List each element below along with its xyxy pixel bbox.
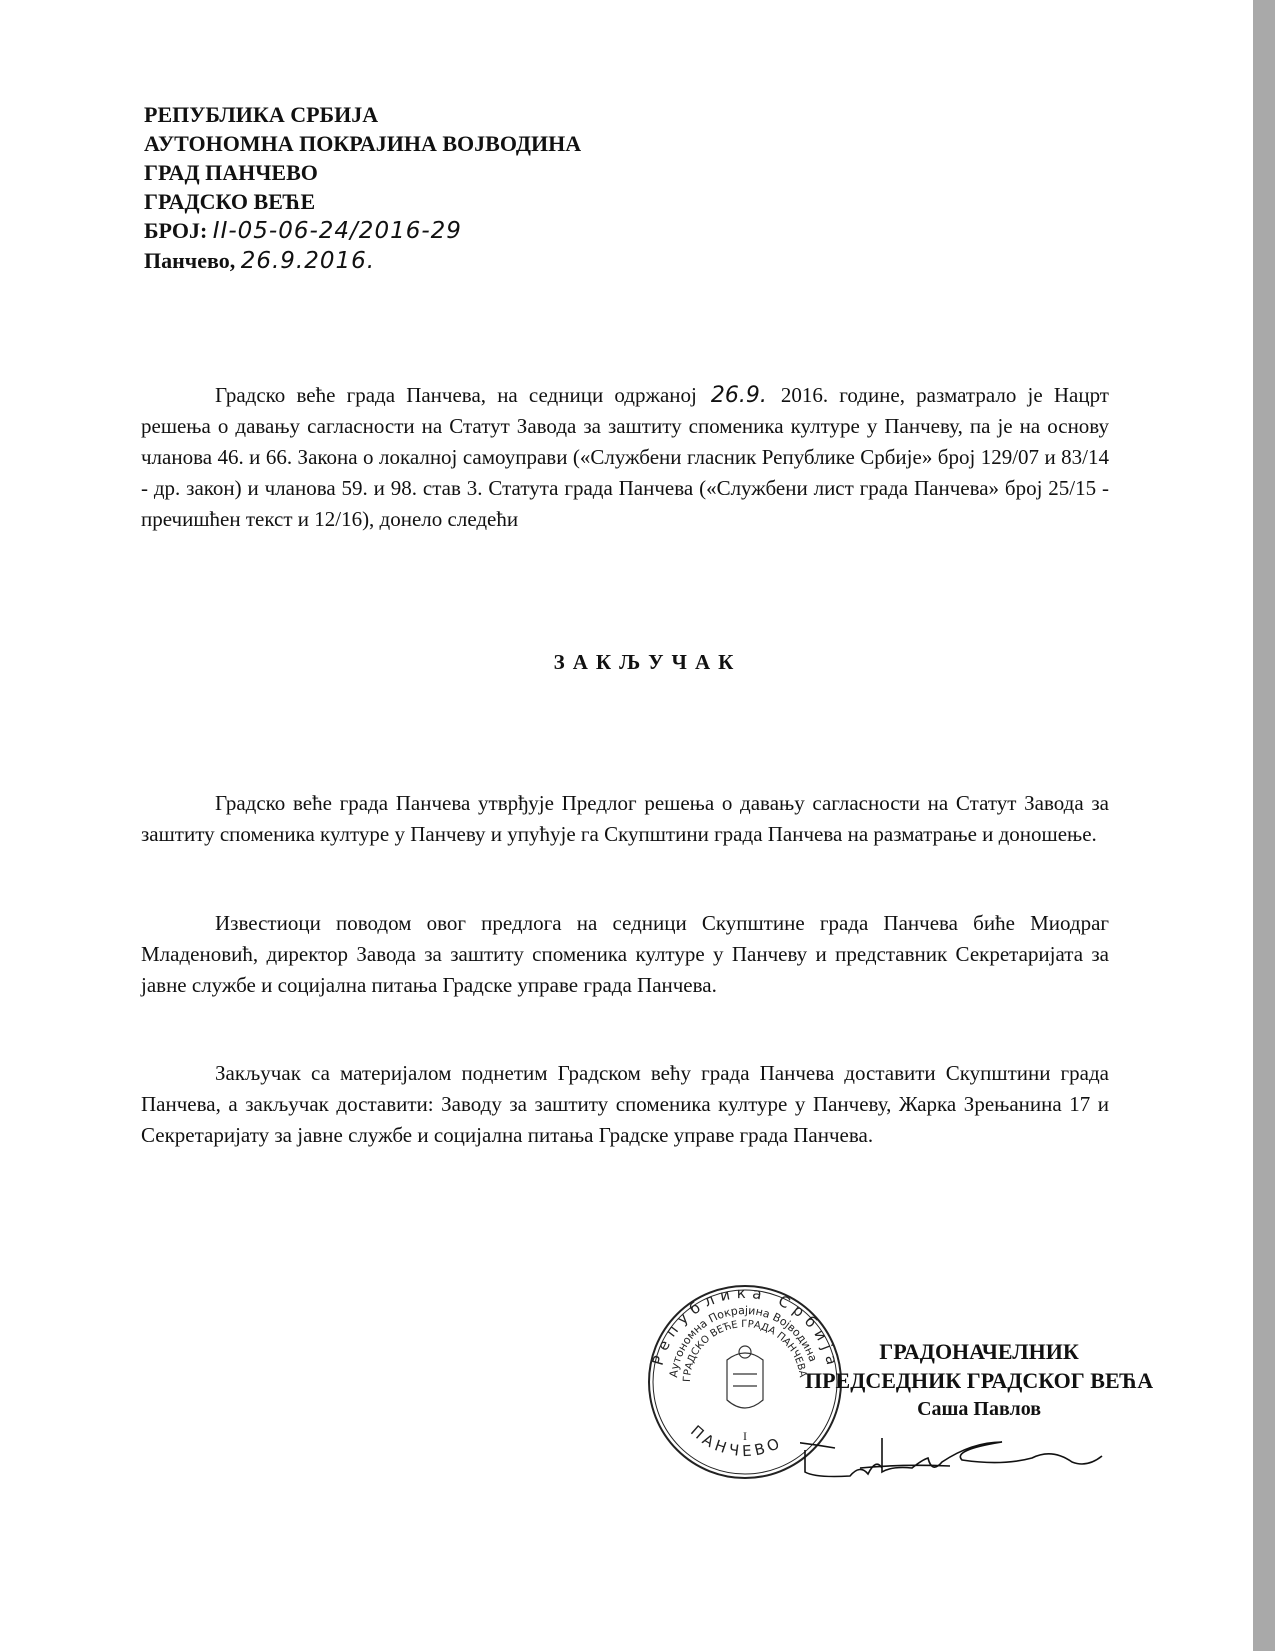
paragraph-2: Известиоци поводом овог предлога на седн… [141, 908, 1109, 1001]
handwritten-signature-icon [800, 1430, 1110, 1490]
header-council: ГРАДСКО ВЕЋЕ [144, 187, 581, 216]
document-header: РЕПУБЛИКА СРБИЈА АУТОНОМНА ПОКРАЈИНА ВОЈ… [144, 100, 581, 276]
header-republic: РЕПУБЛИКА СРБИЈА [144, 100, 581, 129]
signature-block: ГРАДОНАЧЕЛНИК ПРЕДСЕДНИК ГРАДСКОГ ВЕЋА С… [805, 1337, 1153, 1424]
place-label: Панчево, [144, 248, 235, 273]
header-number-row: БРОЈ: II-05-06-24/2016-29 [144, 216, 581, 246]
paragraph-1-text: Градско веће града Панчева утврђује Пред… [141, 791, 1109, 846]
paragraph-3: Закључак са материјалом поднетим Градско… [141, 1058, 1109, 1151]
svg-text:I: I [743, 1429, 747, 1443]
header-place-date-row: Панчево, 26.9.2016. [144, 246, 581, 276]
handwritten-session-date: 26.9. [697, 383, 781, 408]
number-label: БРОЈ: [144, 218, 207, 243]
scan-edge-strip [1253, 0, 1275, 1651]
signatory-title-president: ПРЕДСЕДНИК ГРАДСКОГ ВЕЋА [805, 1366, 1153, 1395]
paragraph-2-text: Известиоци поводом овог предлога на седн… [141, 911, 1109, 997]
paragraph-3-text: Закључак са материјалом поднетим Градско… [141, 1061, 1109, 1147]
signatory-name: Саша Павлов [805, 1395, 1153, 1424]
header-province: АУТОНОМНА ПОКРАЈИНА ВОЈВОДИНА [144, 129, 581, 158]
handwritten-date: 26.9.2016. [241, 248, 375, 274]
signatory-title-mayor: ГРАДОНАЧЕЛНИК [805, 1337, 1153, 1366]
handwritten-number: II-05-06-24/2016-29 [213, 218, 462, 244]
document-title: ЗАКЉУЧАК [0, 650, 1275, 675]
paragraph-1: Градско веће града Панчева утврђује Пред… [141, 788, 1109, 850]
intro-text-start: Градско веће града Панчева, на седници о… [215, 383, 697, 407]
intro-paragraph: Градско веће града Панчева, на седници о… [141, 380, 1109, 535]
svg-text:ПАНЧЕВО: ПАНЧЕВО [687, 1422, 786, 1461]
header-city: ГРАД ПАНЧЕВО [144, 158, 581, 187]
